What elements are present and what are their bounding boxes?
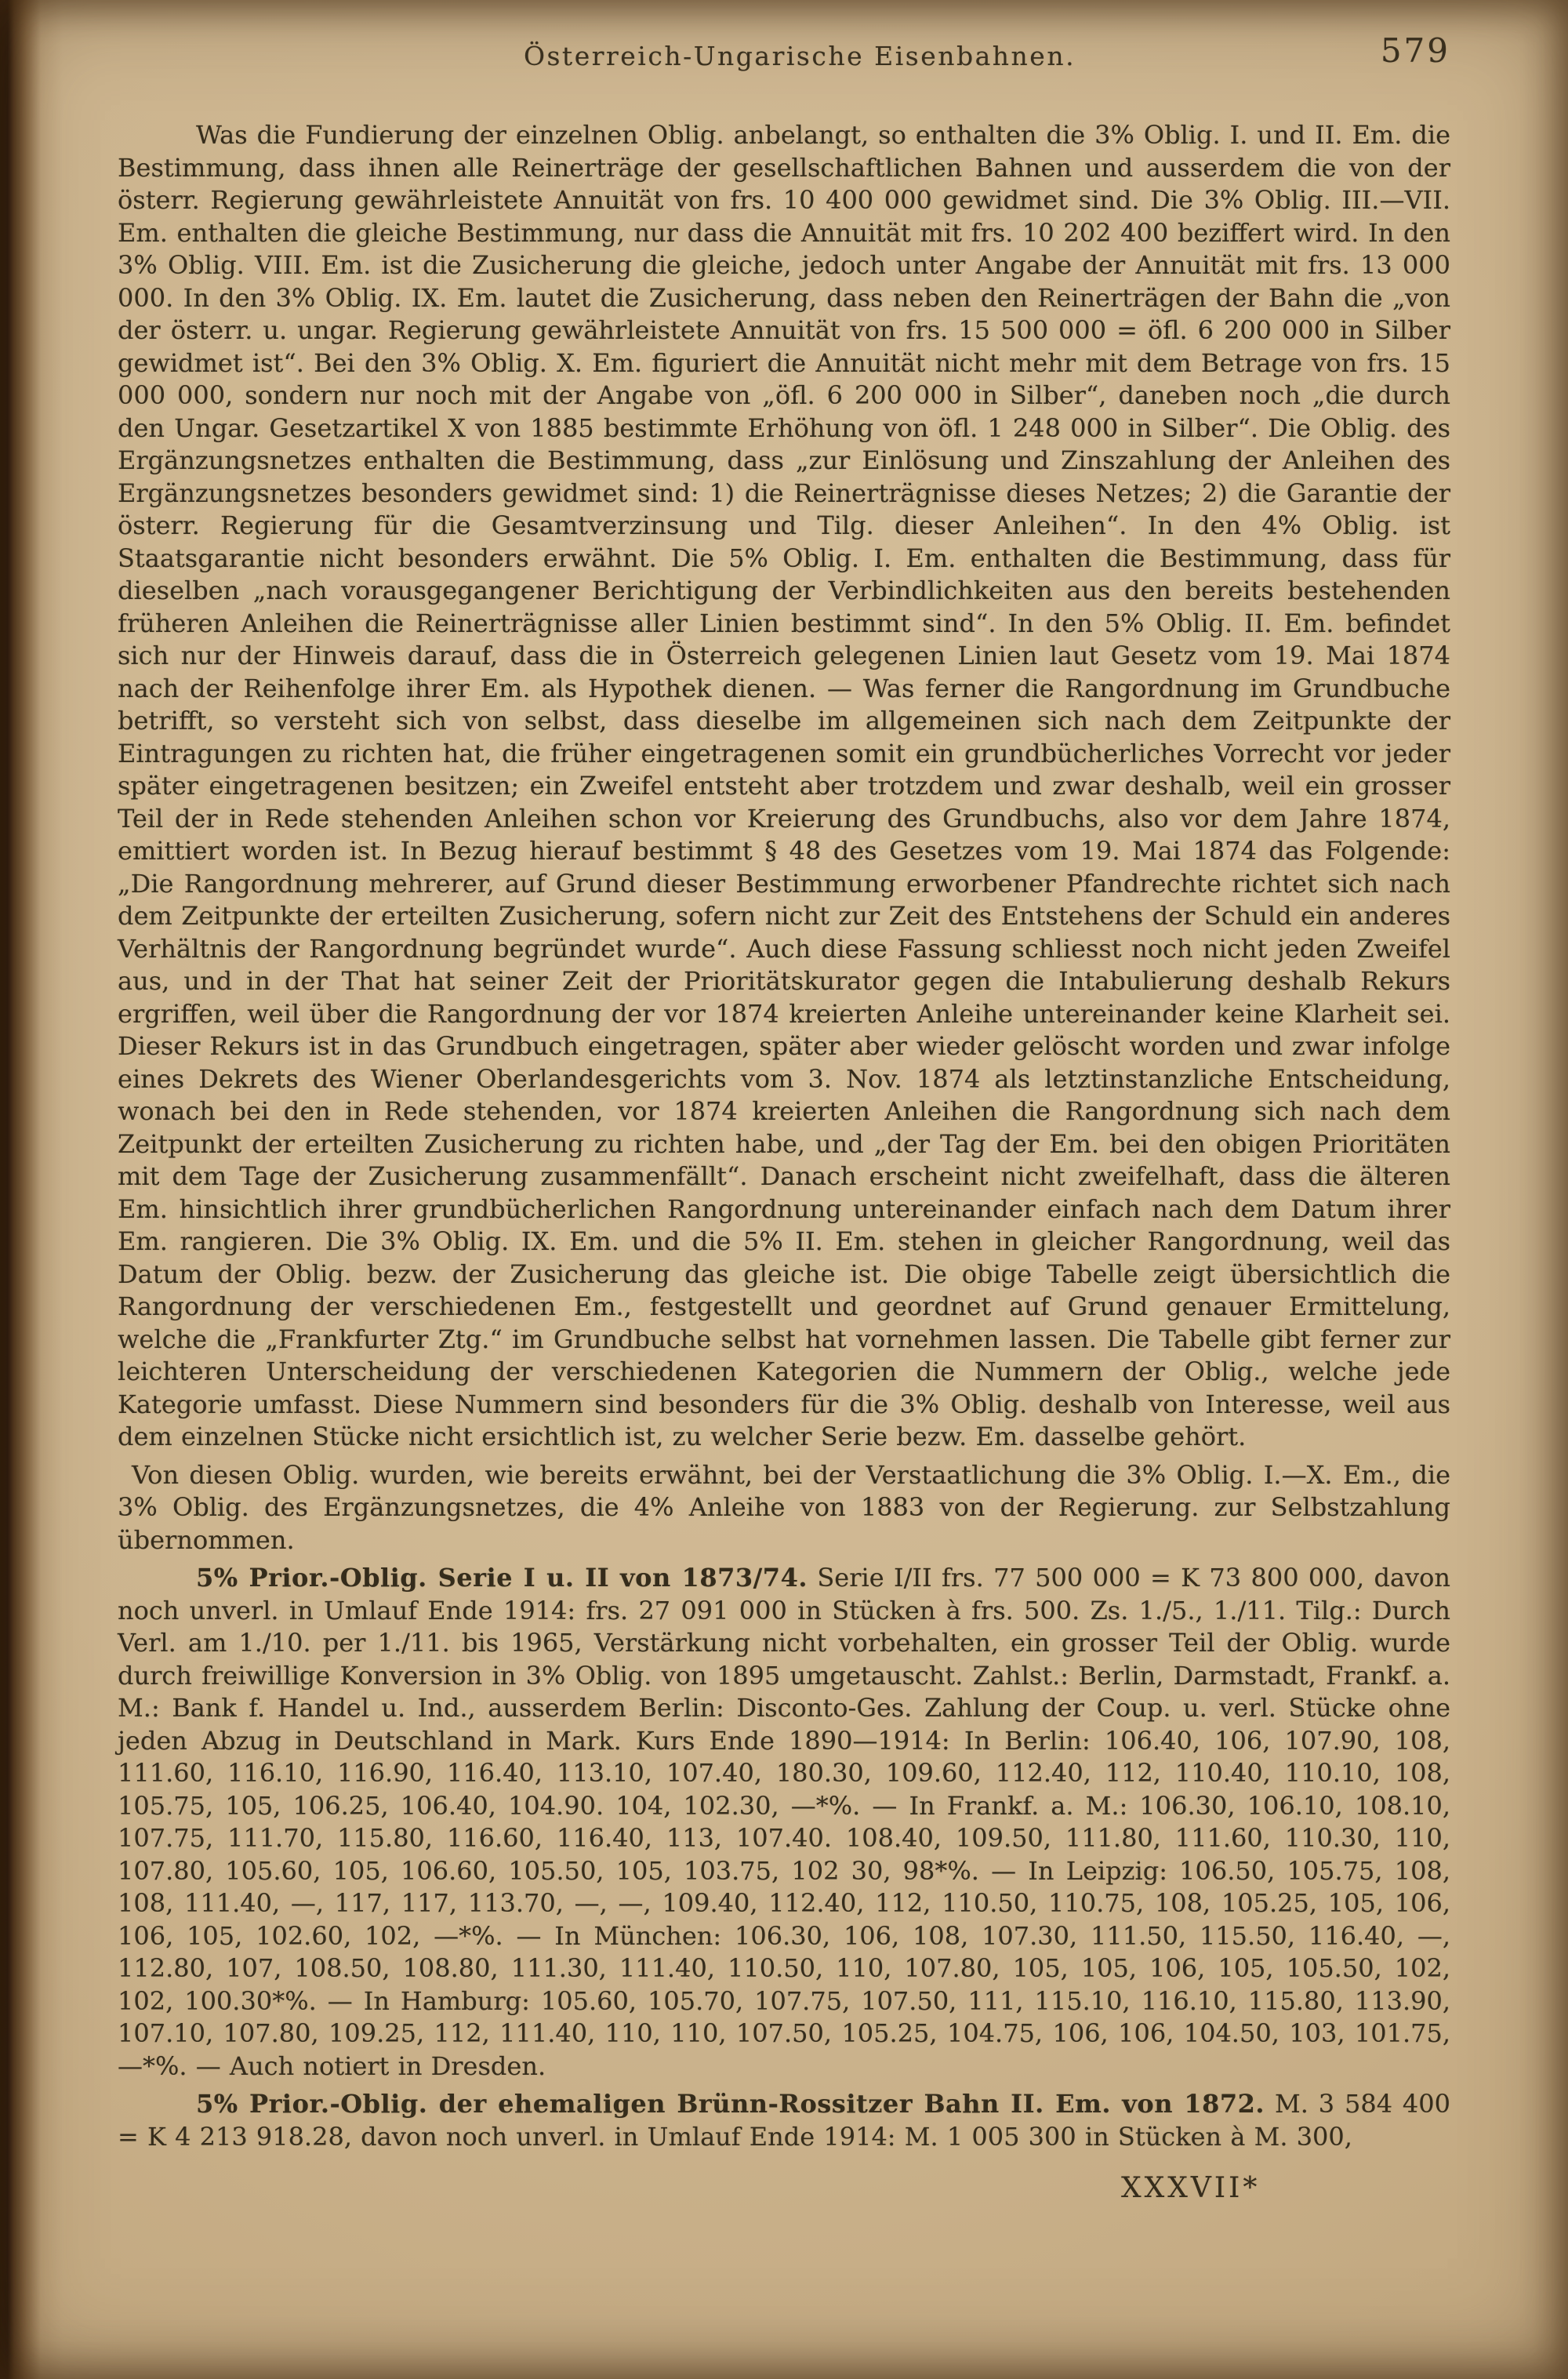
running-title: Österreich-Ungarische Eisenbahnen. bbox=[149, 41, 1450, 71]
paragraph-text: Von diesen Oblig. wurden, wie bereits er… bbox=[118, 1460, 1450, 1555]
paragraph-text: Was die Fundierung der einzelnen Oblig. … bbox=[118, 120, 1450, 1451]
paragraph-text: Serie I/II frs. 77 500 000 = K 73 800 00… bbox=[118, 1563, 1450, 2081]
paragraph-verstaatlichung: Von diesen Oblig. wurden, wie bereits er… bbox=[118, 1459, 1450, 1557]
paragraph-prior-oblig-serie-1-2: 5% Prior.-Oblig. Serie I u. II von 1873/… bbox=[118, 1562, 1450, 2083]
paragraph-fundierung: Was die Fundierung der einzelnen Oblig. … bbox=[118, 119, 1450, 1454]
paragraph-prior-oblig-bruenn-rossitzer: 5% Prior.-Oblig. der ehemaligen Brünn-Ro… bbox=[118, 2088, 1450, 2153]
paragraph-lead: 5% Prior.-Oblig. Serie I u. II von 1873/… bbox=[196, 1563, 808, 1593]
book-page: Österreich-Ungarische Eisenbahnen. 579 W… bbox=[0, 0, 1568, 2379]
page-number: 579 bbox=[1381, 31, 1450, 70]
paragraph-lead: 5% Prior.-Oblig. der ehemaligen Brünn-Ro… bbox=[196, 2089, 1265, 2119]
page-header: Österreich-Ungarische Eisenbahnen. 579 bbox=[149, 35, 1450, 89]
signature-mark: XXXVII* bbox=[118, 2172, 1450, 2205]
text-block: Was die Fundierung der einzelnen Oblig. … bbox=[118, 119, 1450, 2205]
